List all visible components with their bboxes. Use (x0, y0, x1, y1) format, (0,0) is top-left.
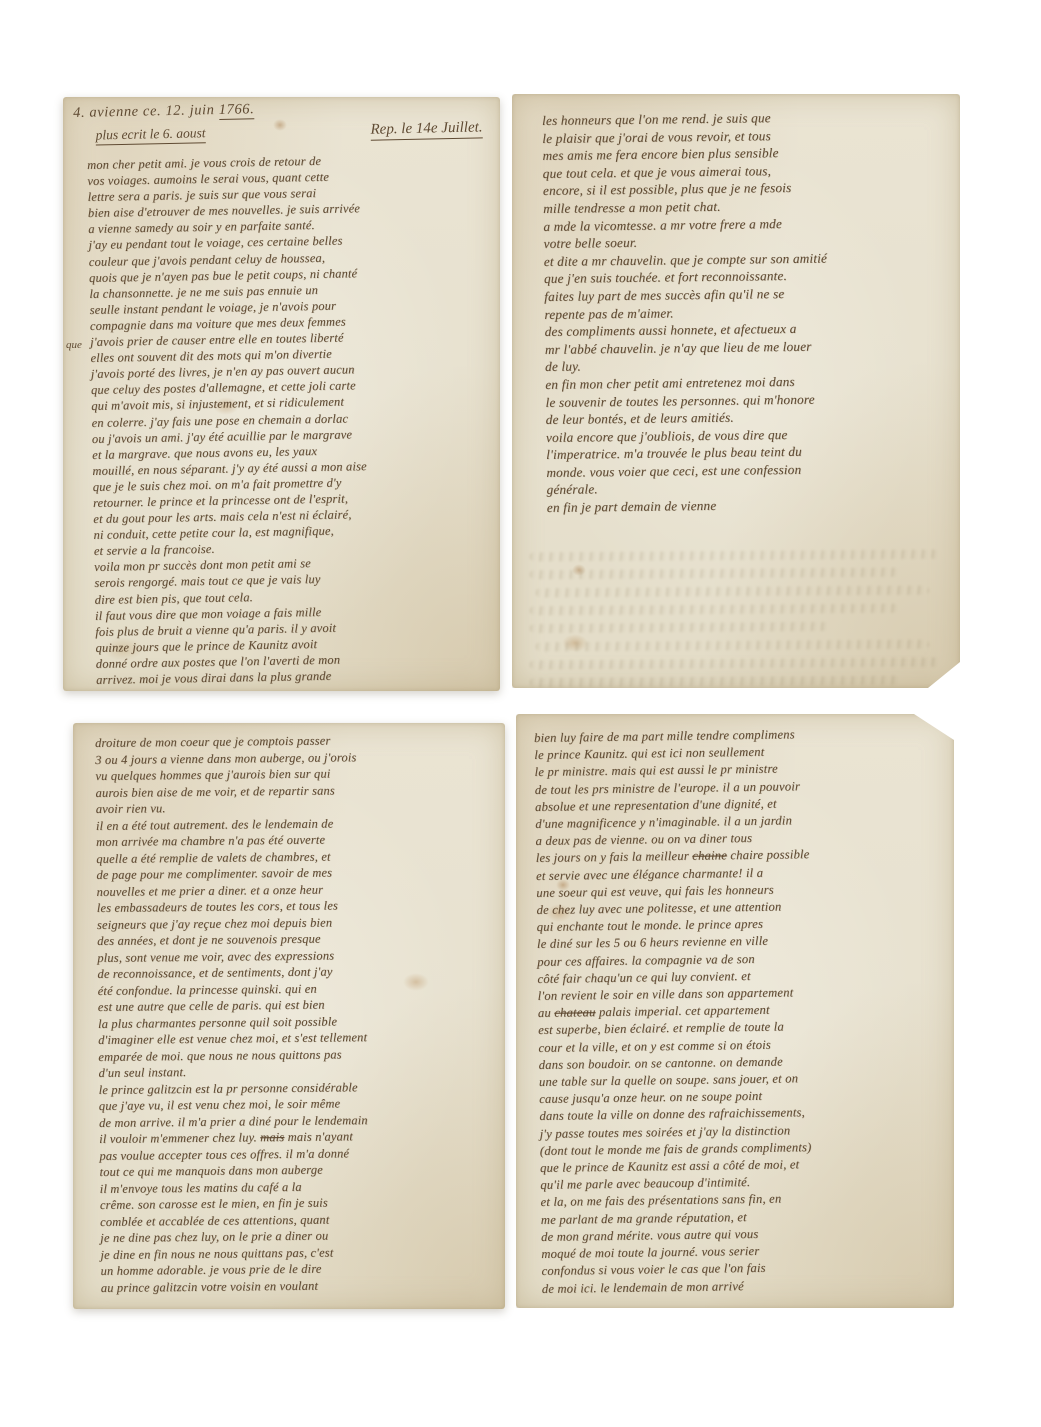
show-through-line (530, 550, 940, 562)
letter-page-2: les honneurs que l'on me rend. je suis q… (512, 94, 960, 688)
show-through-line (536, 586, 929, 598)
page-3-body: droiture de mon coeur que je comptois pa… (95, 731, 505, 1296)
page-1-surface: 4. avienne ce. 12. juin 1766. plus ecrit… (63, 97, 500, 691)
show-through-writing (526, 542, 944, 688)
page-1-body: mon cher petit ami. je vous crois de ret… (87, 150, 500, 688)
page-3-surface: droiture de mon coeur que je comptois pa… (73, 723, 505, 1309)
show-through-line (536, 640, 929, 652)
page-4-body: bien luy faire de ma part mille tendre c… (534, 724, 954, 1297)
dateline-year: 1766. (219, 101, 255, 120)
show-through-line (530, 676, 898, 688)
page-1-header: 4. avienne ce. 12. juin 1766. plus ecrit… (73, 97, 489, 147)
margin-note: que (66, 339, 82, 351)
dateline-text: 4. avienne ce. 12. juin (73, 102, 219, 121)
show-through-line (530, 604, 898, 616)
manuscript-line: au prince galitzcin votre voisin en voul… (101, 1275, 505, 1296)
page-4-surface: bien luy faire de ma part mille tendre c… (516, 714, 954, 1308)
manuscript-line: en fin je part demain de vienne (547, 494, 957, 517)
letter-page-4: bien luy faire de ma part mille tendre c… (516, 714, 954, 1308)
page-2-body: les honneurs que l'on me rend. je suis q… (542, 107, 957, 517)
second-date-note: plus ecrit le 6. aoust (95, 125, 205, 145)
letter-page-1: 4. avienne ce. 12. juin 1766. plus ecrit… (63, 97, 500, 691)
show-through-line (530, 658, 940, 670)
letter-page-3: droiture de mon coeur que je comptois pa… (73, 723, 505, 1309)
dateline: 4. avienne ce. 12. juin 1766. (73, 97, 488, 122)
manuscript-photo: 4. avienne ce. 12. juin 1766. plus ecrit… (0, 0, 1041, 1427)
show-through-line (530, 568, 898, 580)
page-2-surface: les honneurs que l'on me rend. je suis q… (512, 94, 960, 688)
show-through-line (530, 622, 831, 633)
reply-note: Rep. le 14e Juillet. (370, 119, 482, 140)
